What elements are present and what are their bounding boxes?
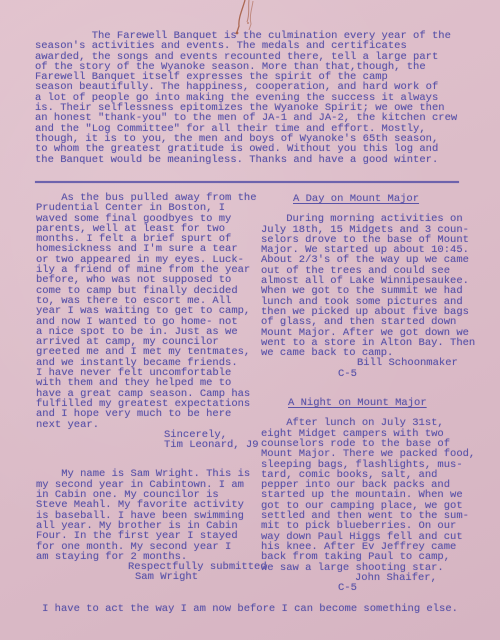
article-night-title: A Night on Mount Major [261, 398, 483, 408]
letter-tim-body: As the bus pulled away from the Prudenti… [36, 193, 262, 430]
intro-paragraph: The Farewell Banquet is the culmination … [35, 31, 457, 165]
article-day-on-mount-major: A Day on Mount Major During morning acti… [261, 194, 483, 379]
article-day-signature: Bill Schoonmaker [261, 358, 483, 368]
right-column: A Day on Mount Major During morning acti… [261, 194, 483, 593]
letter-sam-body: My name is Sam Wright. This is my second… [36, 469, 262, 562]
left-column: As the bus pulled away from the Prudenti… [36, 193, 262, 583]
letter-sam-signature: Sam Wright [36, 572, 262, 582]
article-day-title: A Day on Mount Major [261, 194, 483, 204]
section-divider [35, 181, 459, 183]
article-night-on-mount-major: A Night on Mount Major After lunch on Ju… [261, 398, 483, 593]
letter-sam-wright: My name is Sam Wright. This is my second… [36, 469, 262, 582]
scanned-newsletter-page: { "page": { "paper_color": "#dcbcc8", "i… [0, 0, 500, 640]
article-day-unit: C-5 [261, 369, 483, 379]
article-night-unit: C-5 [261, 583, 483, 593]
article-day-body: During morning activities on July 18th, … [261, 214, 483, 358]
article-night-body: After lunch on July 31st, eight Midget c… [261, 418, 483, 572]
article-night-signature: John Shaifer, [261, 573, 483, 583]
letter-tim-leonard: As the bus pulled away from the Prudenti… [36, 193, 262, 450]
letter-tim-signature: Tim Leonard, J9 [36, 440, 262, 450]
footer-quote: I have to act the way I am now before I … [0, 604, 500, 614]
